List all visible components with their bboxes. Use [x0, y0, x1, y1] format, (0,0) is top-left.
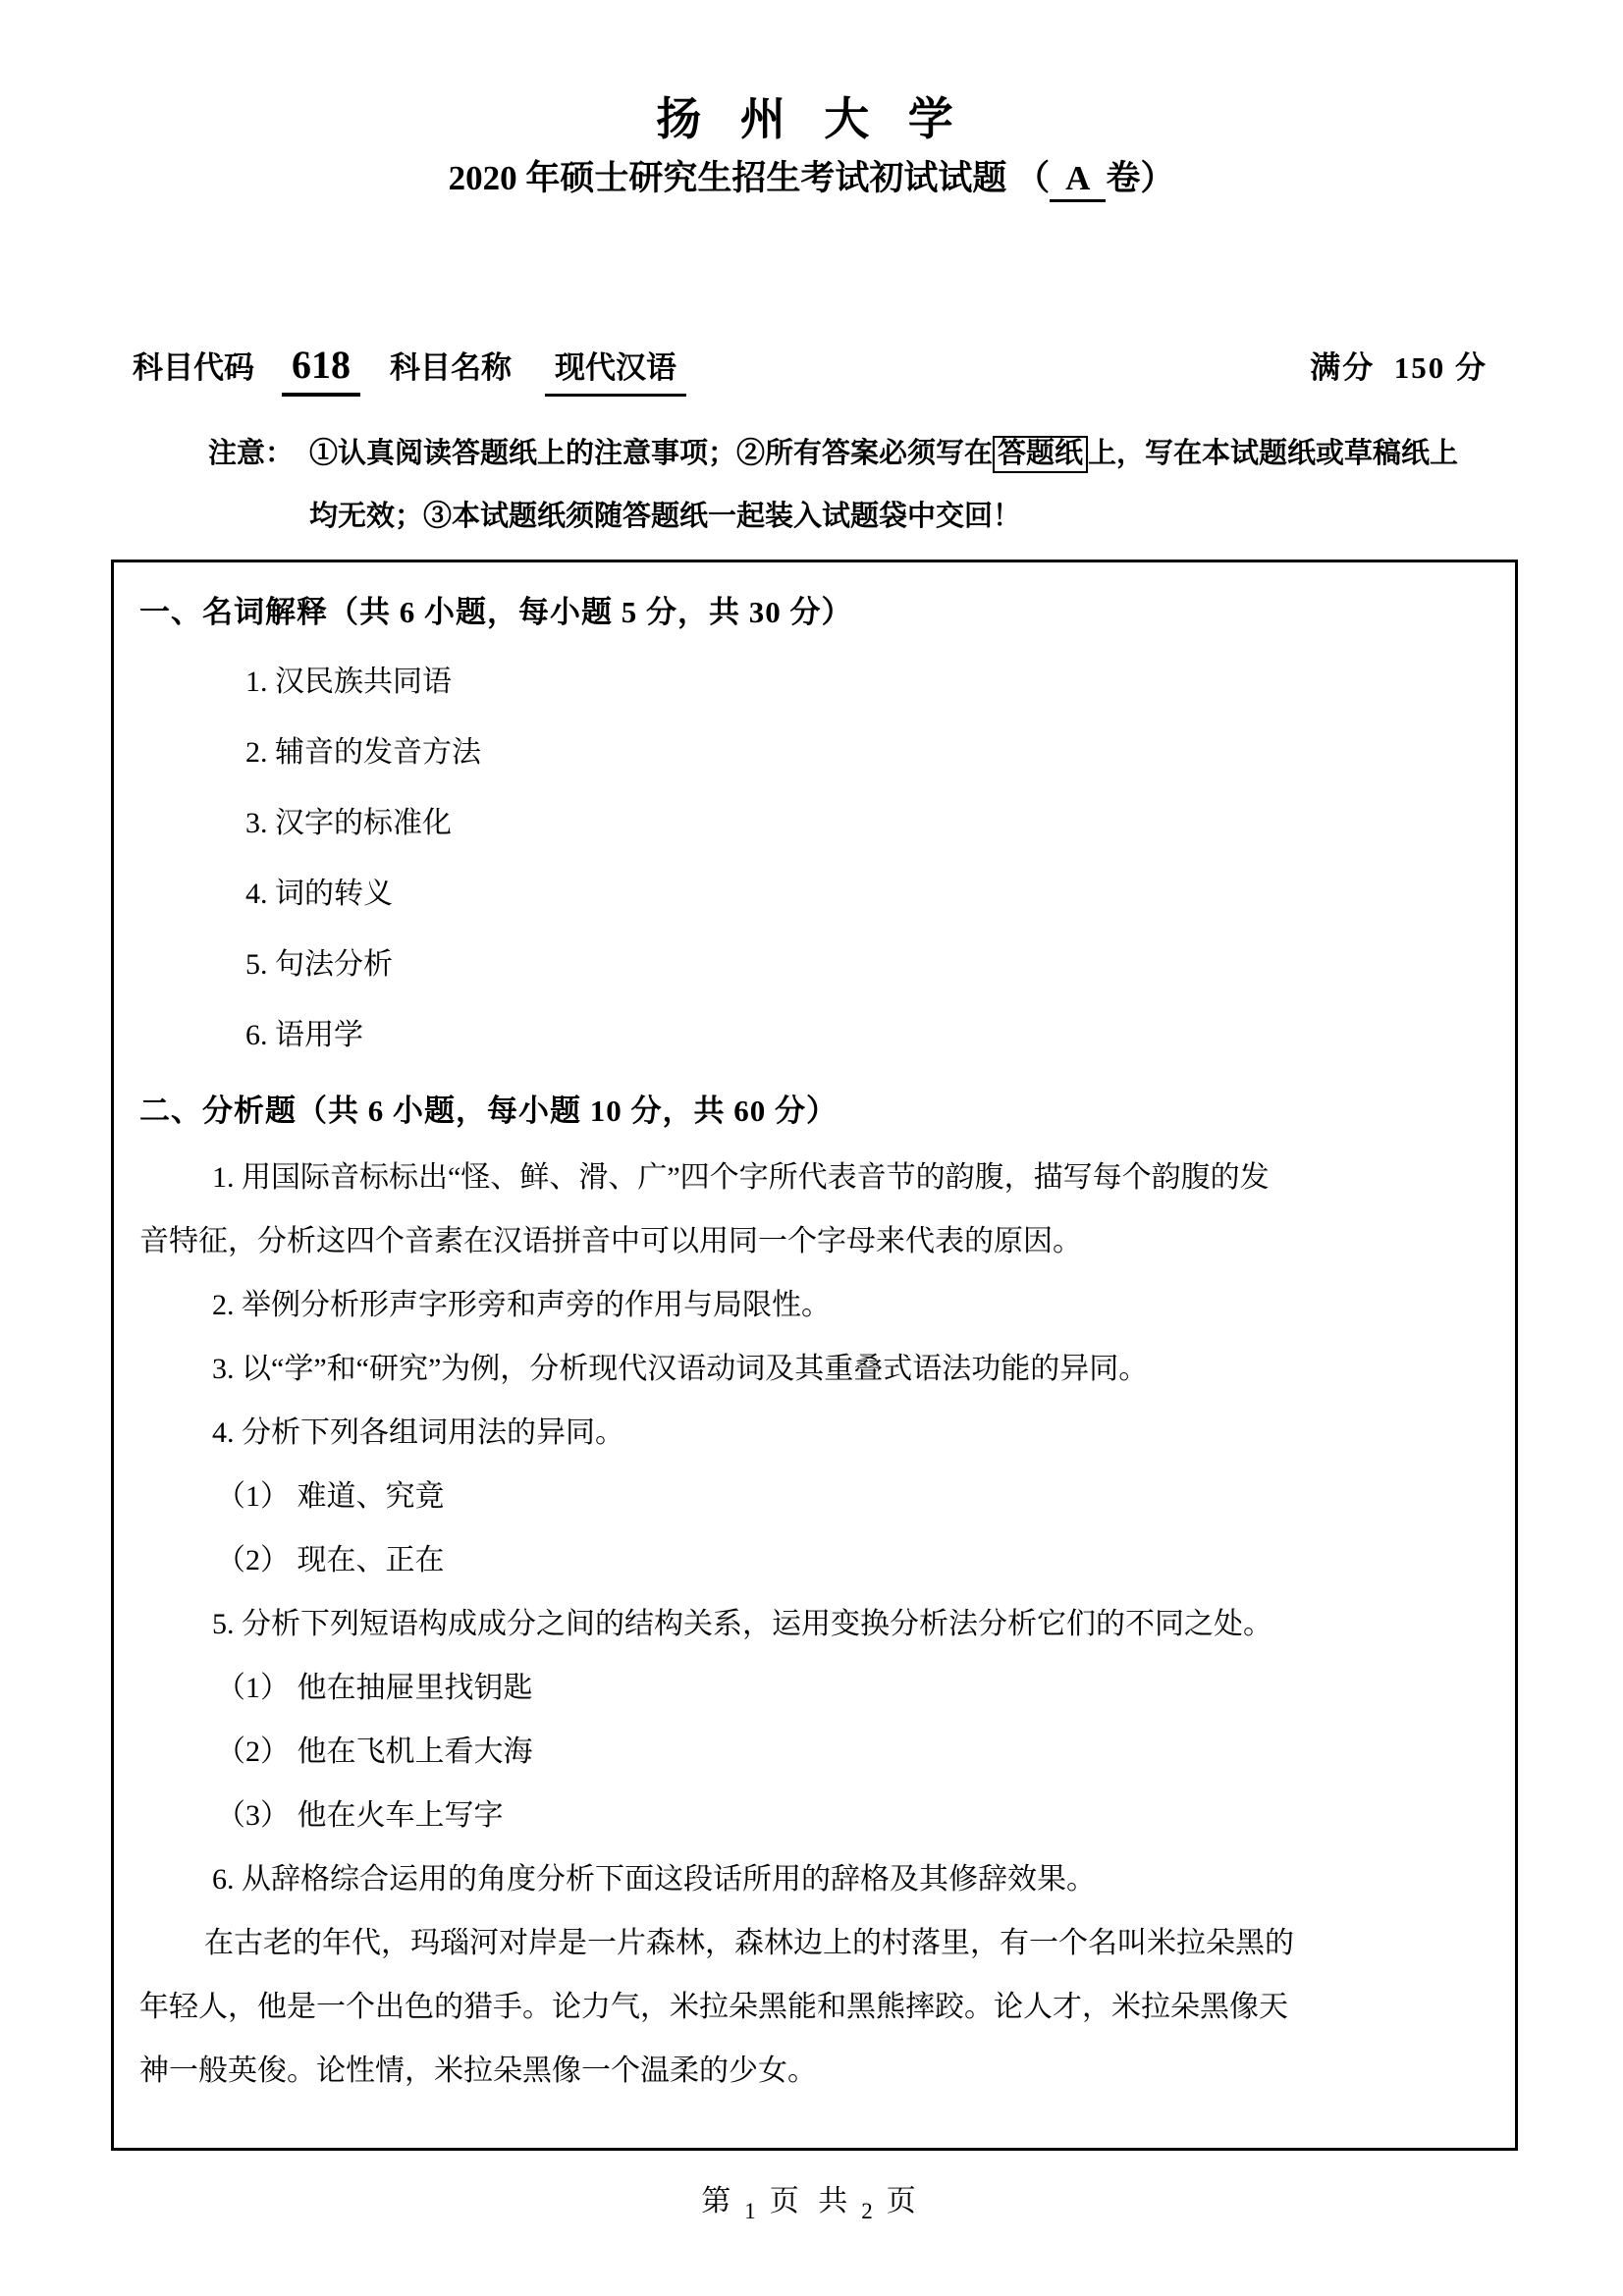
question-4-sub-item: （1） 难道、究竟: [139, 1465, 1488, 1528]
question-4: 4. 分析下列各组词用法的异同。: [139, 1401, 1488, 1465]
question-5-sub-item: （1） 他在抽屉里找钥匙: [139, 1656, 1488, 1720]
section-2-heading: 二、分析题（共 6 小题，每小题 10 分，共 60 分）: [139, 1077, 1488, 1146]
page-title: 扬 州 大 学: [0, 0, 1623, 146]
exam-notice: 注意： ①认真阅读答题纸上的注意事项；②所有答案必须写在答题纸上，写在本试题纸或…: [208, 422, 1564, 548]
notice-body: ①认真阅读答题纸上的注意事项；②所有答案必须写在答题纸上，写在本试题纸或草稿纸上…: [309, 422, 1564, 548]
paper-variant: A: [1050, 158, 1106, 202]
question-6: 6. 从辞格综合运用的角度分析下面这段话所用的辞格及其修辞效果。: [139, 1847, 1488, 1911]
question-5-sub-item: （3） 他在火车上写字: [139, 1784, 1488, 1847]
section-1-item: 5. 句法分析: [139, 930, 1488, 1000]
subject-name-label: 科目名称: [390, 347, 512, 389]
subject-code-label: 科目代码: [133, 347, 254, 389]
exam-paper-page: 扬 州 大 学 2020 年硕士研究生招生考试初试试题 （A卷） 科目代码 61…: [0, 0, 1623, 2296]
notice-line-1: ①认真阅读答题纸上的注意事项；②所有答案必须写在答题纸上，写在本试题纸或草稿纸上: [309, 422, 1564, 485]
question-2: 2. 举例分析形声字形旁和声旁的作用与局限性。: [139, 1273, 1488, 1337]
footer-middle: 页 共: [770, 2185, 854, 2217]
total-page-number: 2: [853, 2199, 887, 2223]
section-1-item: 3. 汉字的标准化: [139, 788, 1488, 859]
question-5: 5. 分析下列短语构成成分之间的结构关系，运用变换分析法分析它们的不同之处。: [139, 1592, 1488, 1656]
section-1-item: 1. 汉民族共同语: [139, 647, 1488, 718]
passage-line: 神一般英俊。论性情，米拉朵黑像一个温柔的少女。: [139, 2039, 1488, 2103]
section-1-item: 2. 辅音的发音方法: [139, 718, 1488, 788]
question-3: 3. 以“学”和“研究”为例，分析现代汉语动词及其重叠式语法功能的异同。: [139, 1337, 1488, 1401]
notice-line-2: 均无效；③本试题纸须随答题纸一起装入试题袋中交回！: [309, 485, 1564, 548]
section-1-item: 4. 词的转义: [139, 859, 1488, 930]
subject-name-value: 现代汉语: [545, 347, 686, 396]
section-1-heading: 一、名词解释（共 6 小题，每小题 5 分，共 30 分）: [139, 578, 1488, 647]
subtitle-prefix: 2020 年硕士研究生招生考试初试试题 （: [449, 159, 1051, 197]
subject-meta-row: 科目代码 618 科目名称 现代汉语 满分 150 分: [133, 338, 1488, 397]
passage-line: 年轻人，他是一个出色的猎手。论力气，米拉朵黑能和黑熊摔跤。论人才，米拉朵黑像天: [139, 1975, 1488, 2039]
full-score: 满分 150 分: [1310, 347, 1488, 389]
question-5-sub-item: （2） 他在飞机上看大海: [139, 1720, 1488, 1784]
full-score-label: 满分: [1310, 350, 1375, 385]
question-1-line-2: 音特征，分析这四个音素在汉语拼音中可以用同一个字母来代表的原因。: [139, 1209, 1488, 1273]
question-box: 一、名词解释（共 6 小题，每小题 5 分，共 30 分） 1. 汉民族共同语 …: [111, 560, 1518, 2151]
footer-prefix: 第: [701, 2185, 736, 2217]
notice-boxed-term: 答题纸: [993, 436, 1088, 473]
footer-suffix: 页: [887, 2185, 922, 2217]
question-1-line-1: 1. 用国际音标标出“怪、鲜、滑、广”四个字所代表音节的韵腹，描写每个韵腹的发: [139, 1146, 1488, 1209]
current-page-number: 1: [736, 2199, 770, 2223]
section-1-item: 6. 语用学: [139, 1000, 1488, 1071]
full-score-unit: 分: [1455, 350, 1488, 385]
notice-label: 注意：: [208, 422, 294, 548]
notice-text-1: ①认真阅读答题纸上的注意事项；②所有答案必须写在: [309, 438, 993, 469]
passage-line: 在古老的年代，玛瑙河对岸是一片森林，森林边上的村落里，有一个名叫米拉朵黑的: [139, 1911, 1488, 1975]
subtitle-suffix: 卷）: [1106, 159, 1174, 197]
subject-code-value: 618: [282, 338, 360, 397]
full-score-value: 150: [1394, 350, 1446, 385]
page-footer: 第1页 共2页: [0, 2176, 1623, 2224]
exam-subtitle: 2020 年硕士研究生招生考试初试试题 （A卷）: [0, 158, 1623, 202]
notice-text-2: 上，写在本试题纸或草稿纸上: [1088, 438, 1458, 469]
question-4-sub-item: （2） 现在、正在: [139, 1528, 1488, 1592]
